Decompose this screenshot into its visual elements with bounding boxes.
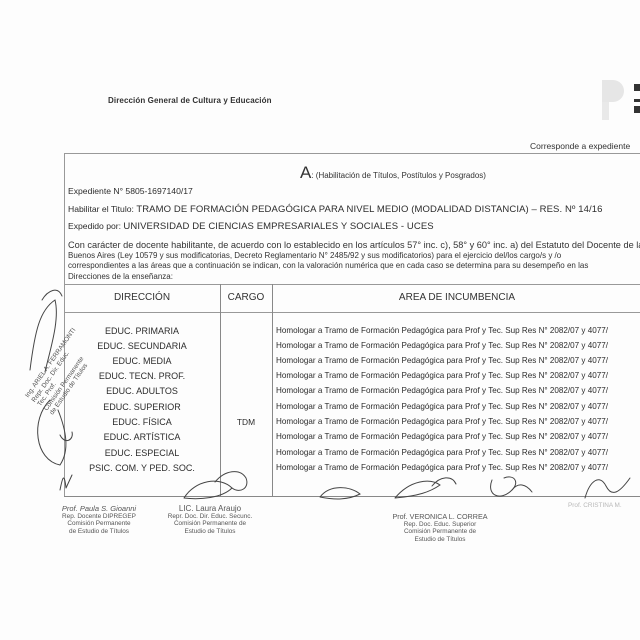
- signature-block: Prof. VERONICA L. CORREA Rep. Doc. Educ.…: [375, 513, 505, 543]
- signature-strokes: [0, 0, 640, 640]
- signature-block: LIC. Laura Araujo Repr. Doc. Dir. Educ. …: [145, 505, 275, 535]
- signature-name: LIC. Laura Araujo: [145, 505, 275, 513]
- signature-name: Prof. CRISTINA M.: [568, 502, 640, 510]
- signature-block: Prof. CRISTINA M.: [568, 502, 640, 510]
- signature-name: Prof. VERONICA L. CORREA: [375, 513, 505, 521]
